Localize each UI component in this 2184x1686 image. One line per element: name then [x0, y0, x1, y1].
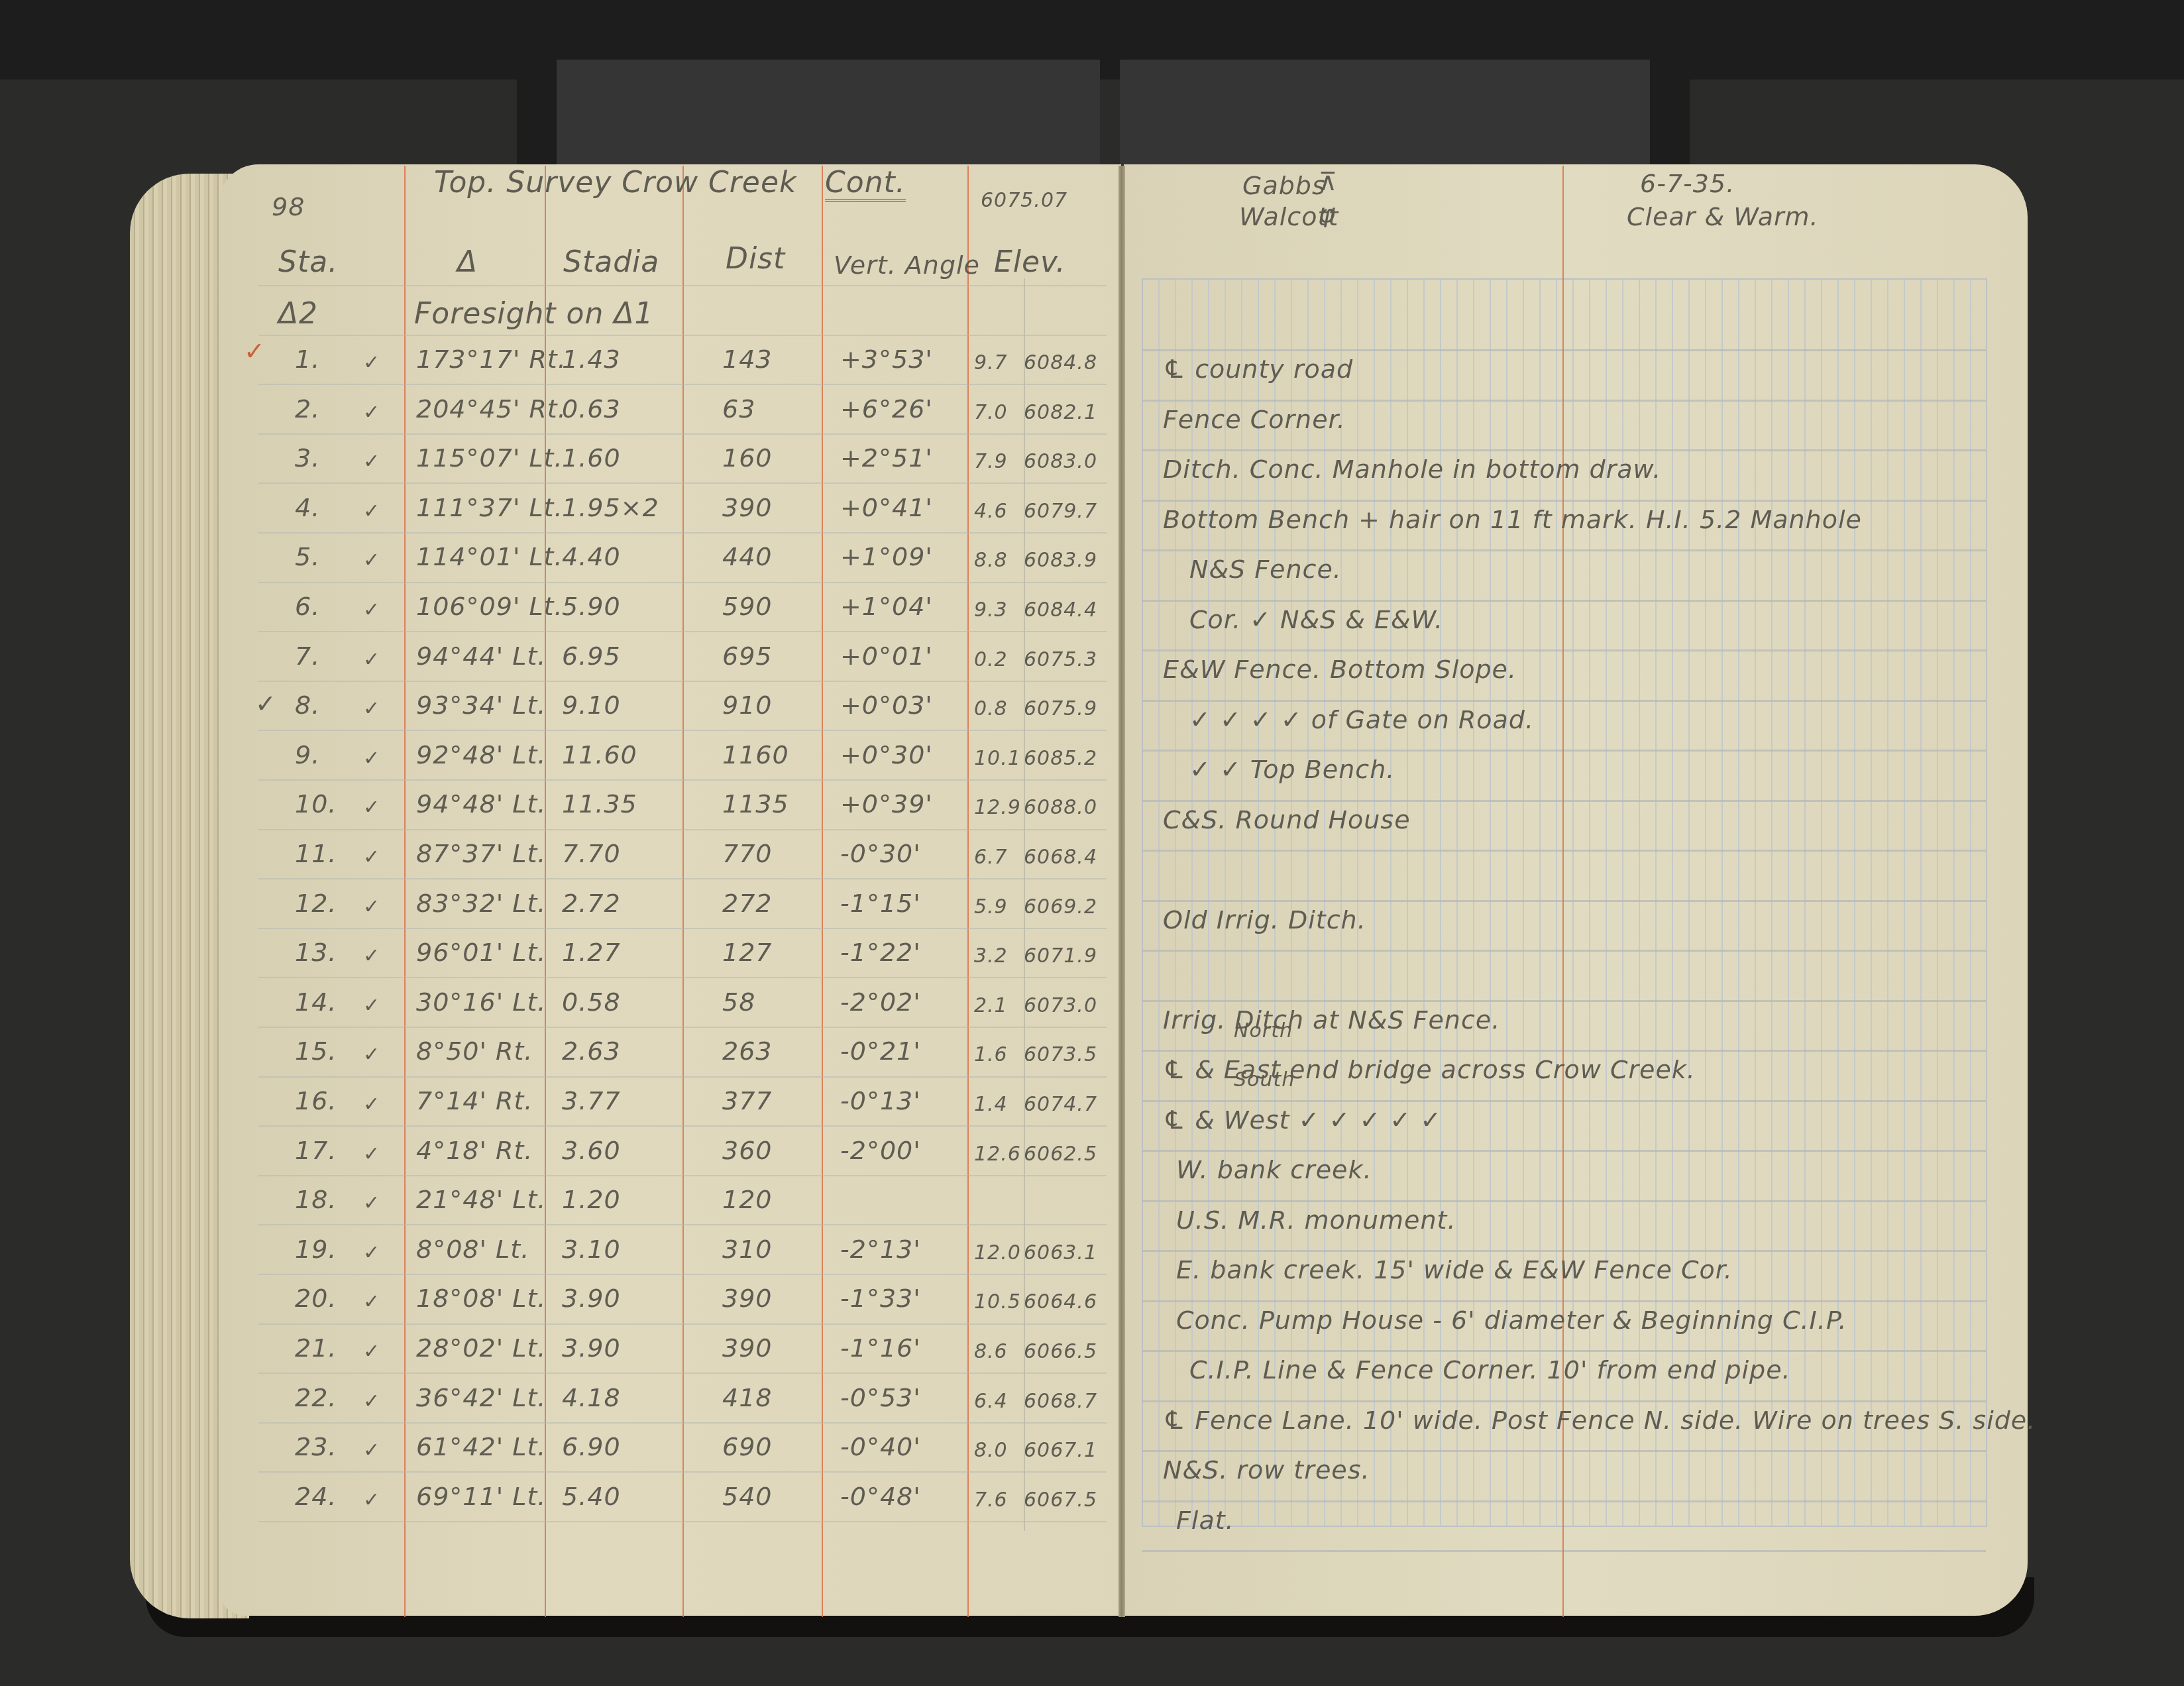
station-number: 6. [295, 592, 320, 621]
elevation-difference: 0.2 [974, 648, 1008, 671]
vertical-angle: -2°02' [840, 987, 921, 1017]
ruled-line [258, 1373, 1107, 1374]
station-number: 19. [295, 1235, 337, 1264]
note-line: ℄ & West ✓ ✓ ✓ ✓ ✓ [1163, 1105, 1442, 1135]
check-icon: ✓ [363, 598, 380, 622]
horizontal-angle: 7°14' Rt. [416, 1086, 533, 1115]
margin-check-icon: ✓ [244, 337, 266, 366]
check-icon: ✓ [363, 1043, 380, 1066]
distance: 1160 [722, 740, 789, 769]
ruled-line [258, 977, 1107, 978]
grid-rule [1142, 750, 1986, 752]
vertical-angle: -1°16' [840, 1333, 921, 1363]
ruled-line [258, 1471, 1107, 1473]
ruled-line [258, 482, 1107, 484]
check-icon: ✓ [363, 747, 380, 770]
station-number: 20. [295, 1284, 337, 1313]
check-icon: ✓ [363, 500, 380, 523]
station-number: 10. [295, 789, 337, 818]
horizontal-angle: 111°37' Lt. [416, 493, 563, 522]
horizontal-angle: 69°11' Lt. [416, 1482, 546, 1511]
grid-rule [1142, 1200, 1986, 1202]
check-icon: ✓ [363, 1489, 380, 1512]
hi-elevation: 6075.07 [981, 189, 1067, 212]
vertical-angle: -0°40' [840, 1432, 921, 1461]
note-line: C.I.P. Line & Fence Corner. 10' from end… [1189, 1355, 1791, 1384]
right-margin-rule [1562, 166, 1564, 1617]
elevation-difference: 10.1 [974, 747, 1021, 770]
ruled-line [258, 1422, 1107, 1424]
elevation-difference: 1.6 [974, 1043, 1008, 1066]
horizontal-angle: 96°01' Lt. [416, 938, 546, 967]
stadia-reading: 1.95×2 [562, 493, 659, 522]
station-number: 3. [295, 443, 320, 473]
horizontal-angle: 106°09' Lt. [416, 592, 563, 621]
note-line: E&W Fence. Bottom Slope. [1163, 655, 1517, 684]
station-number: 23. [295, 1432, 337, 1461]
stadia-reading: 0.58 [562, 987, 621, 1017]
grid-rule [1142, 649, 1986, 651]
horizontal-angle: 21°48' Lt. [416, 1185, 546, 1214]
station-number: 4. [295, 493, 320, 522]
elevation-difference: 7.9 [974, 450, 1008, 473]
station-number: 16. [295, 1086, 337, 1115]
horizontal-angle: 18°08' Lt. [416, 1284, 546, 1313]
elevation-difference: 6.4 [974, 1390, 1008, 1413]
elevation: 6074.7 [1024, 1093, 1097, 1116]
elevation-difference: 7.0 [974, 401, 1008, 424]
elevation-difference: 8.6 [974, 1340, 1008, 1363]
elevation: 6075.9 [1024, 697, 1097, 720]
check-icon: ✓ [363, 796, 380, 819]
note-line: Conc. Pump House - 6' diameter & Beginni… [1176, 1306, 1847, 1335]
station-number: 14. [295, 987, 337, 1017]
distance: 910 [722, 691, 773, 720]
note-line: W. bank creek. [1176, 1155, 1372, 1184]
crew-name-1: Gabbs [1242, 171, 1326, 200]
elevation-difference: 4.6 [974, 500, 1008, 523]
margin-check-icon: ✓ [255, 689, 277, 718]
elevation: 6073.0 [1024, 994, 1097, 1017]
elevation-difference: 10.5 [974, 1290, 1021, 1314]
ruled-line [258, 730, 1107, 731]
page-number: 98 [272, 192, 305, 221]
elevation-difference: 5.9 [974, 895, 1008, 919]
station-number: 5. [295, 542, 320, 571]
vertical-angle: -0°13' [840, 1086, 921, 1115]
horizontal-angle: 8°50' Rt. [416, 1037, 533, 1066]
stadia-reading: 3.77 [562, 1086, 621, 1115]
ruled-line [258, 681, 1107, 682]
ruled-line [258, 285, 1107, 286]
note-line: ℄ Fence Lane. 10' wide. Post Fence N. si… [1163, 1406, 2036, 1435]
setup-station: Δ2 [278, 297, 318, 331]
ruled-line [258, 631, 1107, 632]
horizontal-angle: 94°44' Lt. [416, 642, 546, 671]
ruled-line [258, 1076, 1107, 1078]
stadia-reading: 5.40 [562, 1482, 621, 1511]
distance: 127 [722, 938, 773, 967]
ruled-line [258, 1027, 1107, 1028]
ruled-line [258, 829, 1107, 830]
horizontal-angle: 115°07' Lt. [416, 443, 563, 473]
distance: 540 [722, 1482, 773, 1511]
weather-note: Clear & Warm. [1627, 202, 1819, 231]
vertical-angle: -2°13' [840, 1235, 921, 1264]
check-icon: ✓ [363, 1241, 380, 1264]
check-icon: ✓ [363, 401, 380, 424]
grid-rule [1142, 900, 1986, 902]
elevation: 6075.3 [1024, 648, 1097, 671]
note-line: C&S. Round House [1163, 805, 1411, 834]
grid-rule [1142, 1300, 1986, 1302]
distance: 418 [722, 1383, 773, 1412]
distance: 590 [722, 592, 773, 621]
stadia-reading: 1.20 [562, 1185, 621, 1214]
check-icon: ✓ [363, 351, 380, 374]
elevation-difference: 12.0 [974, 1241, 1021, 1264]
horizontal-angle: 204°45' Rt. [416, 394, 567, 423]
distance: 390 [722, 1333, 773, 1363]
station-number: 22. [295, 1383, 337, 1412]
station-number: 7. [295, 642, 320, 671]
station-number: 15. [295, 1037, 337, 1066]
elevation: 6088.0 [1024, 796, 1097, 819]
note-line: ✓ ✓ Top Bench. [1189, 755, 1395, 784]
elevation: 6069.2 [1024, 895, 1097, 919]
elevation-difference: 7.6 [974, 1489, 1008, 1512]
check-icon: ✓ [363, 1290, 380, 1314]
note-line: Flat. [1176, 1506, 1234, 1535]
distance: 272 [722, 889, 773, 918]
grid-rule [1142, 1000, 1986, 1002]
grid-rule [1142, 1350, 1986, 1352]
note-line: Ditch. Conc. Manhole in bottom draw. [1163, 455, 1661, 484]
vertical-angle: +0°03' [840, 691, 933, 720]
stadia-reading: 5.90 [562, 592, 621, 621]
stadia-reading: 2.63 [562, 1037, 621, 1066]
ruled-line [258, 1274, 1107, 1275]
grid-rule [1142, 1150, 1986, 1152]
horizontal-angle: 8°08' Lt. [416, 1235, 529, 1264]
elevation: 6062.5 [1024, 1143, 1097, 1166]
ruled-line [258, 1175, 1107, 1176]
stadia-reading: 6.95 [562, 642, 621, 671]
distance: 120 [722, 1185, 773, 1214]
vertical-angle: -0°21' [840, 1037, 921, 1066]
vertical-angle: +6°26' [840, 394, 933, 423]
ruled-line [258, 878, 1107, 879]
elevation-difference: 12.9 [974, 796, 1021, 819]
elevation-difference: 9.3 [974, 598, 1008, 622]
note-line: Fence Corner. [1163, 405, 1346, 434]
check-icon: ✓ [363, 549, 380, 572]
stadia-reading: 4.40 [562, 542, 621, 571]
elevation: 6084.4 [1024, 598, 1097, 622]
elevation: 6066.5 [1024, 1340, 1097, 1363]
grid-rule [1142, 700, 1986, 702]
stadia-reading: 3.90 [562, 1333, 621, 1363]
distance: 310 [722, 1235, 773, 1264]
grid-rule [1142, 1100, 1986, 1102]
vertical-angle: -1°15' [840, 889, 921, 918]
vertical-angle: +0°01' [840, 642, 933, 671]
grid-rule [1142, 950, 1986, 952]
station-number: 21. [295, 1333, 337, 1363]
check-icon: ✓ [363, 1143, 380, 1166]
grid-rule [1142, 1550, 1986, 1552]
header-dist: Dist [726, 242, 785, 276]
check-icon: ✓ [363, 846, 380, 869]
stadia-reading: 2.72 [562, 889, 621, 918]
vertical-angle: +2°51' [840, 443, 933, 473]
stadia-reading: 1.43 [562, 345, 621, 374]
horizontal-angle: 114°01' Lt. [416, 542, 563, 571]
ruled-line [258, 384, 1107, 385]
note-line: ℄ county road [1163, 355, 1353, 384]
elevation: 6082.1 [1024, 401, 1097, 424]
grid-rule [1142, 449, 1986, 451]
distance: 770 [722, 839, 773, 868]
distance: 160 [722, 443, 773, 473]
elevation-difference: 6.7 [974, 846, 1008, 869]
distance: 360 [722, 1136, 773, 1165]
vertical-angle: +1°04' [840, 592, 933, 621]
ruled-line [258, 582, 1107, 583]
horizontal-angle: 94°48' Lt. [416, 789, 546, 818]
check-icon: ✓ [363, 1390, 380, 1413]
elevation: 6063.1 [1024, 1241, 1097, 1264]
elevation: 6067.1 [1024, 1439, 1097, 1462]
elevation: 6071.9 [1024, 944, 1097, 968]
horizontal-angle: 28°02' Lt. [416, 1333, 546, 1363]
check-icon: ✓ [363, 994, 380, 1017]
grid-rule [1142, 1050, 1986, 1052]
vertical-angle: -1°33' [840, 1284, 921, 1313]
stadia-reading: 4.18 [562, 1383, 621, 1412]
grid-rule [1142, 800, 1986, 802]
elevation: 6067.5 [1024, 1489, 1097, 1512]
elevation-difference: 3.2 [974, 944, 1008, 968]
elevation: 6073.5 [1024, 1043, 1097, 1066]
distance: 63 [722, 394, 755, 423]
setup-note: Foresight on Δ1 [414, 297, 653, 331]
rod-icon: φ [1319, 199, 1336, 228]
station-number: 1. [295, 345, 320, 374]
station-number: 8. [295, 691, 320, 720]
vertical-angle: +3°53' [840, 345, 933, 374]
station-number: 18. [295, 1185, 337, 1214]
note-line: Old Irrig. Ditch. [1163, 905, 1366, 934]
stadia-reading: 3.90 [562, 1284, 621, 1313]
horizontal-angle: 93°34' Lt. [416, 691, 546, 720]
stadia-reading: 3.10 [562, 1235, 621, 1264]
header-station: Sta. [278, 245, 338, 279]
note-line: Bottom Bench + hair on 11 ft mark. H.I. … [1163, 505, 1862, 534]
distance: 263 [722, 1037, 773, 1066]
horizontal-angle: 36°42' Lt. [416, 1383, 546, 1412]
vertical-angle: +0°41' [840, 493, 933, 522]
header-vert-angle: Vert. Angle [834, 251, 980, 280]
ruled-line [258, 779, 1107, 781]
note-line: U.S. M.R. monument. [1176, 1206, 1456, 1235]
elevation: 6079.7 [1024, 500, 1097, 523]
check-icon: ✓ [363, 1093, 380, 1116]
station-number: 24. [295, 1482, 337, 1511]
page-title: Top. Survey Crow Creek [434, 166, 796, 199]
stadia-reading: 9.10 [562, 691, 621, 720]
vertical-angle: -0°48' [840, 1482, 921, 1511]
stadia-reading: 11.35 [562, 789, 637, 818]
horizontal-angle: 173°17' Rt. [416, 345, 567, 374]
stadia-reading: 3.60 [562, 1136, 621, 1165]
elevation: 6085.2 [1024, 747, 1097, 770]
grid-rule [1142, 549, 1986, 551]
distance: 695 [722, 642, 773, 671]
vertical-angle: +0°30' [840, 740, 933, 769]
station-number: 11. [295, 839, 337, 868]
correction-south: South [1234, 1068, 1295, 1092]
vertical-angle: -0°53' [840, 1383, 921, 1412]
correction-north: North [1234, 1019, 1293, 1042]
grid-rule [1142, 400, 1986, 402]
check-icon: ✓ [363, 697, 380, 720]
note-line: Irrig. Ditch at N&S Fence. [1163, 1005, 1500, 1035]
note-line: Cor. ✓ N&S & E&W. [1189, 605, 1443, 634]
distance: 690 [722, 1432, 773, 1461]
horizontal-angle: 30°16' Lt. [416, 987, 546, 1017]
ruled-line [258, 1323, 1107, 1325]
grid-rule [1142, 600, 1986, 602]
grid-rule [1142, 1450, 1986, 1452]
stadia-reading: 11.60 [562, 740, 637, 769]
grid-rule [1142, 850, 1986, 852]
grid-rule [1142, 349, 1986, 351]
page-title-cont: Cont. [825, 166, 906, 202]
elevation-difference: 0.8 [974, 697, 1008, 720]
instrument-icon: ⊼ [1319, 167, 1338, 196]
vertical-angle: -2°00' [840, 1136, 921, 1165]
elevation-difference: 9.7 [974, 351, 1008, 374]
stadia-reading: 1.60 [562, 443, 621, 473]
vertical-angle: +1°09' [840, 542, 933, 571]
distance: 377 [722, 1086, 773, 1115]
distance: 58 [722, 987, 755, 1017]
check-icon: ✓ [363, 944, 380, 968]
check-icon: ✓ [363, 648, 380, 671]
note-line: N&S Fence. [1189, 555, 1342, 584]
survey-date: 6-7-35. [1640, 169, 1735, 198]
horizontal-angle: 92°48' Lt. [416, 740, 546, 769]
elevation: 6084.8 [1024, 351, 1097, 374]
elevation-difference: 2.1 [974, 994, 1008, 1017]
elevation-difference: 8.0 [974, 1439, 1008, 1462]
horizontal-angle: 4°18' Rt. [416, 1136, 533, 1165]
elevation: 6068.4 [1024, 846, 1097, 869]
header-elev: Elev. [994, 245, 1066, 279]
check-icon: ✓ [363, 450, 380, 473]
elevation: 6068.7 [1024, 1390, 1097, 1413]
station-number: 17. [295, 1136, 337, 1165]
vertical-angle: -1°22' [840, 938, 921, 967]
ruled-line [258, 433, 1107, 435]
elevation: 6064.6 [1024, 1290, 1097, 1314]
ruled-line [258, 1224, 1107, 1225]
ruled-line [258, 1125, 1107, 1127]
horizontal-angle: 83°32' Lt. [416, 889, 546, 918]
station-number: 13. [295, 938, 337, 967]
grid-rule [1142, 1250, 1986, 1252]
distance: 143 [722, 345, 773, 374]
horizontal-angle: 87°37' Lt. [416, 839, 546, 868]
note-line: ✓ ✓ ✓ ✓ of Gate on Road. [1189, 705, 1534, 734]
check-icon: ✓ [363, 1340, 380, 1363]
grid-rule [1142, 1400, 1986, 1402]
grid-rule [1142, 500, 1986, 502]
ruled-line [258, 532, 1107, 534]
note-line: N&S. row trees. [1163, 1455, 1370, 1485]
stadia-reading: 1.27 [562, 938, 621, 967]
check-icon: ✓ [363, 895, 380, 919]
distance: 1135 [722, 789, 789, 818]
grid-rule [1142, 1500, 1986, 1502]
vertical-angle: -0°30' [840, 839, 921, 868]
distance: 440 [722, 542, 773, 571]
distance: 390 [722, 493, 773, 522]
distance: 390 [722, 1284, 773, 1313]
elevation: 6083.0 [1024, 450, 1097, 473]
stadia-reading: 7.70 [562, 839, 621, 868]
ruled-line [258, 335, 1107, 336]
station-number: 9. [295, 740, 320, 769]
vertical-angle: +0°39' [840, 789, 933, 818]
ruled-line [258, 1521, 1107, 1522]
note-line: E. bank creek. 15' wide & E&W Fence Cor. [1176, 1255, 1733, 1284]
check-icon: ✓ [363, 1192, 380, 1215]
elevation-difference: 12.6 [974, 1143, 1021, 1166]
elevation-difference: 1.4 [974, 1093, 1008, 1116]
horizontal-angle: 61°42' Lt. [416, 1432, 546, 1461]
station-number: 12. [295, 889, 337, 918]
check-icon: ✓ [363, 1439, 380, 1462]
stadia-reading: 6.90 [562, 1432, 621, 1461]
header-angle: Δ [457, 245, 478, 279]
elevation-difference: 8.8 [974, 549, 1008, 572]
ruled-line [258, 928, 1107, 929]
elevation: 6083.9 [1024, 549, 1097, 572]
station-number: 2. [295, 394, 320, 423]
header-stadia: Stadia [563, 245, 659, 279]
stadia-reading: 0.63 [562, 394, 621, 423]
book-spine [1119, 166, 1125, 1617]
